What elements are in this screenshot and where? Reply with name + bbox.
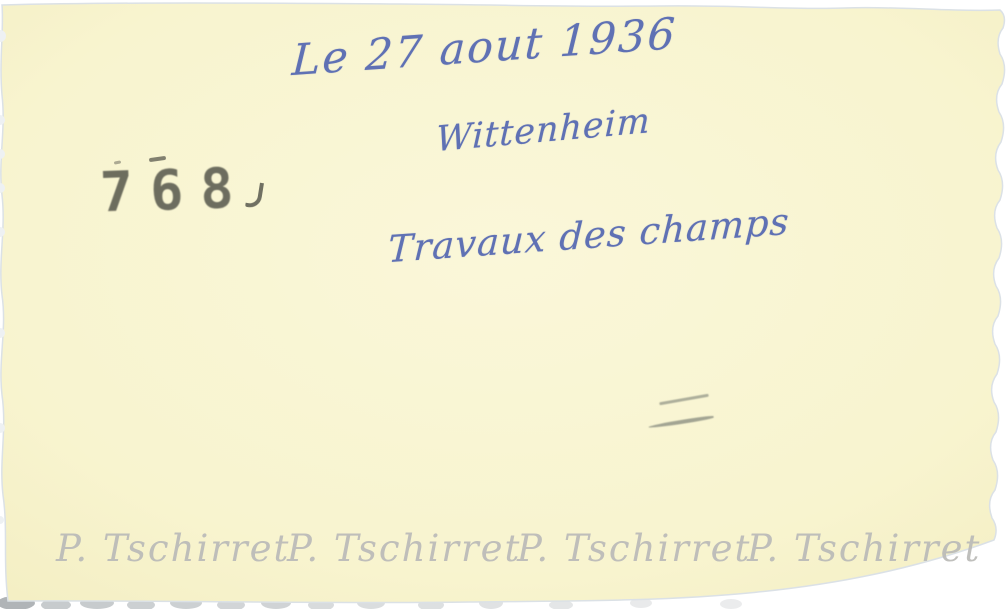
scanned-photo-back: Le 27 aout 1936 Wittenheim Travaux des c… xyxy=(0,0,1008,609)
watermark-text: P. Tschirret xyxy=(56,527,290,570)
stamp-number: 768 xyxy=(99,155,251,224)
paper-shape xyxy=(1,3,1005,603)
watermark-text: P. Tschirret xyxy=(287,527,521,570)
watermark-text: P. Tschirret xyxy=(517,527,751,570)
paper-sheet xyxy=(0,0,1008,609)
watermark-text: P. Tschirret xyxy=(747,527,981,570)
